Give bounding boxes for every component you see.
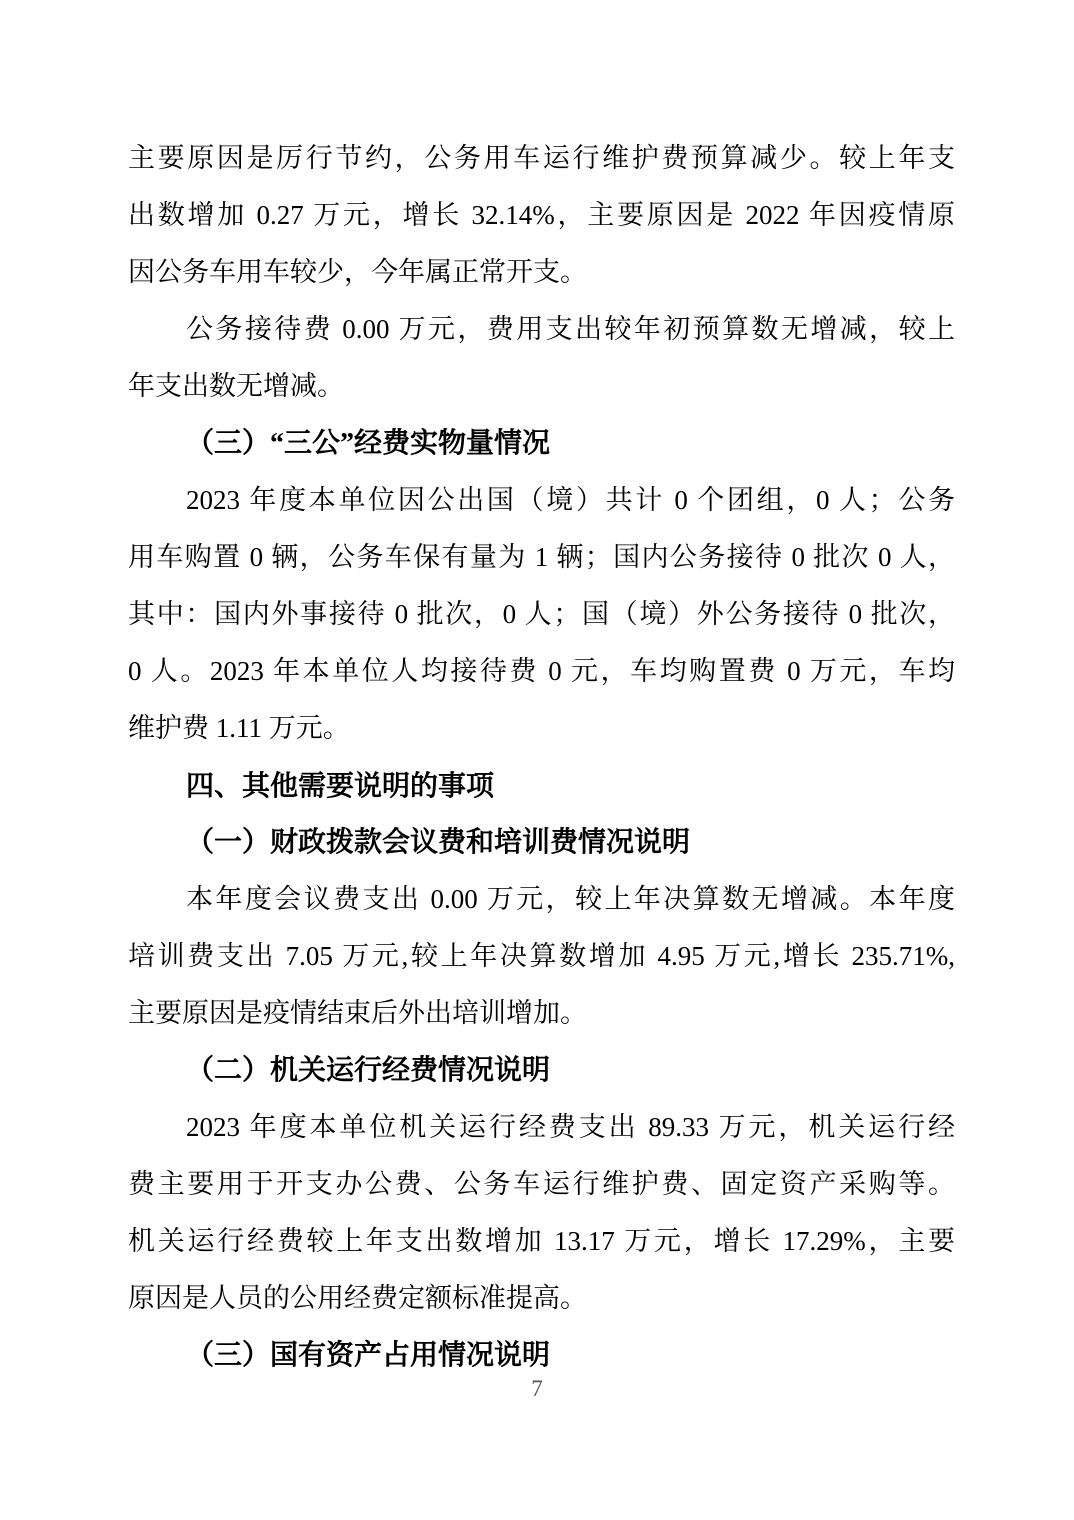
- text-line: 0 人。2023 年本单位人均接待费 0 元，车均购置费 0 万元，车均: [128, 643, 955, 700]
- paragraph: 主要原因是厉行节约，公务用车运行维护费预算减少。较上年支 出数增加 0.27 万…: [128, 130, 955, 301]
- text-line: 因公务车用车较少，今年属正常开支。: [128, 244, 955, 301]
- section-heading-operating-expenses: （二）机关运行经费情况说明: [128, 1042, 955, 1099]
- text-line: 维护费 1.11 万元。: [128, 700, 955, 757]
- section-heading-three-public-expenses: （三）“三公”经费实物量情况: [128, 415, 955, 472]
- paragraph: 本年度会议费支出 0.00 万元，较上年决算数无增减。本年度 培训费支出 7.0…: [128, 871, 955, 1042]
- text-line: 公务接待费 0.00 万元，费用支出较年初预算数无增减，较上: [128, 301, 955, 358]
- paragraph: 2023 年度本单位机关运行经费支出 89.33 万元，机关运行经 费主要用于开…: [128, 1099, 955, 1327]
- text-line: 培训费支出 7.05 万元,较上年决算数增加 4.95 万元,增长 235.71…: [128, 928, 955, 985]
- text-line: 年支出数无增减。: [128, 358, 955, 415]
- text-line: 出数增加 0.27 万元，增长 32.14%，主要原因是 2022 年因疫情原: [128, 187, 955, 244]
- text-line: 其中：国内外事接待 0 批次，0 人；国（境）外公务接待 0 批次，: [128, 586, 955, 643]
- text-line: 用车购置 0 辆，公务车保有量为 1 辆；国内公务接待 0 批次 0 人，: [128, 529, 955, 586]
- page-number: 7: [531, 1376, 543, 1401]
- text-line: 机关运行经费较上年支出数增加 13.17 万元，增长 17.29%，主要: [128, 1213, 955, 1270]
- text-line: 原因是人员的公用经费定额标准提高。: [128, 1270, 955, 1327]
- text-line: 本年度会议费支出 0.00 万元，较上年决算数无增减。本年度: [128, 871, 955, 928]
- text-line: 主要原因是厉行节约，公务用车运行维护费预算减少。较上年支: [128, 130, 955, 187]
- chapter-heading-other-matters: 四、其他需要说明的事项: [128, 757, 955, 814]
- paragraph: 2023 年度本单位因公出国（境）共计 0 个团组，0 人；公务 用车购置 0 …: [128, 472, 955, 757]
- page-footer: 7: [0, 1372, 1074, 1406]
- paragraph: 公务接待费 0.00 万元，费用支出较年初预算数无增减，较上 年支出数无增减。: [128, 301, 955, 415]
- text-line: 2023 年度本单位机关运行经费支出 89.33 万元，机关运行经: [128, 1099, 955, 1156]
- text-line: 2023 年度本单位因公出国（境）共计 0 个团组，0 人；公务: [128, 472, 955, 529]
- text-line: 主要原因是疫情结束后外出培训增加。: [128, 985, 955, 1042]
- document-content: 主要原因是厉行节约，公务用车运行维护费预算减少。较上年支 出数增加 0.27 万…: [128, 130, 955, 1384]
- section-heading-meeting-training-fees: （一）财政拨款会议费和培训费情况说明: [128, 814, 955, 871]
- document-page: 主要原因是厉行节约，公务用车运行维护费预算减少。较上年支 出数增加 0.27 万…: [0, 0, 1074, 1520]
- text-line: 费主要用于开支办公费、公务车运行维护费、固定资产采购等。: [128, 1156, 955, 1213]
